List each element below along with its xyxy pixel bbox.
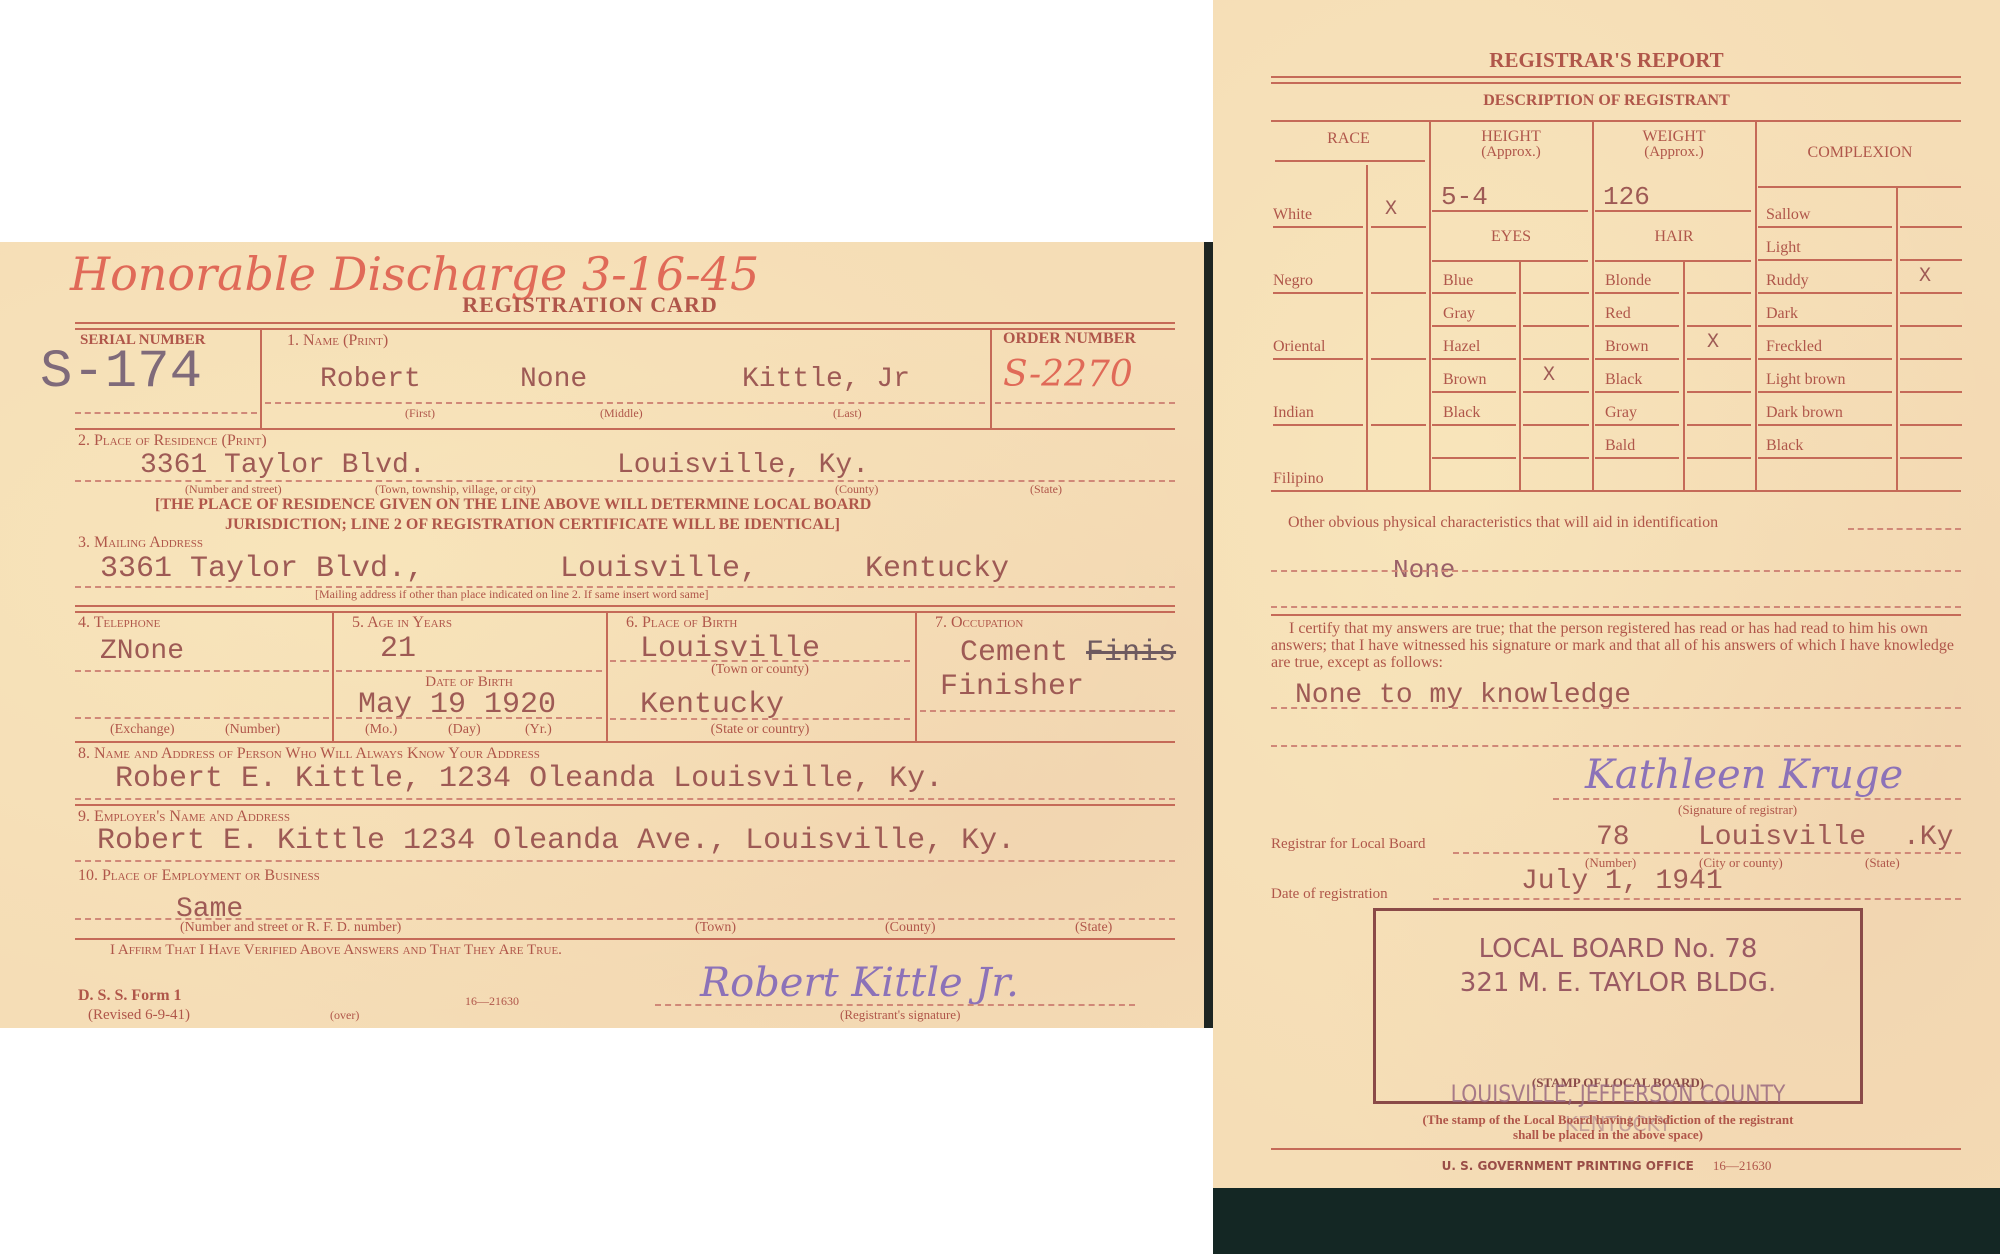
- middle-caption: (Middle): [600, 406, 643, 421]
- divider: [1523, 457, 1589, 459]
- printer-code: 16—21630: [1713, 1158, 1772, 1173]
- serial-number-value: S-174: [40, 342, 202, 403]
- residence-notice-1: [THE PLACE OF RESIDENCE GIVEN ON THE LIN…: [155, 496, 871, 514]
- employment-caption-state: (State): [1075, 920, 1112, 936]
- hair-option-gray: Gray: [1605, 404, 1637, 422]
- background-surface: [1213, 1188, 2000, 1254]
- divider: [1273, 292, 1363, 294]
- divider: [1273, 424, 1363, 426]
- divider: [1900, 424, 1962, 426]
- underline: [1553, 798, 1961, 800]
- exchange-caption: (Exchange): [110, 722, 175, 738]
- divider: [1271, 1148, 1961, 1150]
- divider: [1523, 358, 1589, 360]
- eyes-brown-mark: X: [1543, 364, 1555, 387]
- divider: [1595, 457, 1679, 459]
- divider: [1758, 391, 1892, 393]
- stamp-note-1: (The stamp of the Local Board having jur…: [1313, 1112, 1903, 1128]
- month-caption: (Mo.): [365, 722, 397, 738]
- divider: [1432, 391, 1516, 393]
- complexion-option-ruddy: Ruddy: [1766, 272, 1809, 290]
- eyes-option-hazel: Hazel: [1443, 338, 1480, 356]
- form-name: D. S. S. Form 1: [78, 987, 182, 1005]
- underline: [920, 710, 1175, 712]
- divider: [260, 328, 262, 428]
- caption-county: (County): [835, 482, 878, 497]
- residence-label: 2. Place of Residence (Print): [78, 432, 267, 450]
- divider: [75, 605, 1175, 613]
- employment-caption-street: (Number and street or R. F. D. number): [180, 920, 401, 936]
- divider: [1900, 457, 1962, 459]
- divider: [1273, 226, 1363, 228]
- registrar-signature: Kathleen Kruge: [1585, 752, 1903, 798]
- card-title: REGISTRATION CARD: [380, 292, 800, 318]
- order-number-label: ORDER NUMBER: [1003, 330, 1136, 348]
- occupation-struck: Finis: [1086, 636, 1176, 670]
- divider: [1758, 457, 1892, 459]
- hair-option-brown: Brown: [1605, 338, 1649, 356]
- divider: [1432, 292, 1516, 294]
- divider: [1900, 226, 1962, 228]
- residence-notice-2: JURISDICTION; LINE 2 OF REGISTRATION CER…: [225, 516, 840, 534]
- divider: [1896, 188, 1898, 490]
- birth-state: Kentucky: [640, 688, 784, 722]
- divider: [1271, 490, 1961, 492]
- divider: [1592, 122, 1594, 490]
- underline: [1271, 745, 1961, 747]
- employment-caption-town: (Town): [695, 920, 736, 936]
- underline: [75, 412, 257, 414]
- registrars-report-card: REGISTRAR'S REPORT DESCRIPTION OF REGIST…: [1213, 0, 2000, 1188]
- divider: [1523, 424, 1589, 426]
- divider: [1432, 260, 1588, 262]
- divider: [1900, 391, 1962, 393]
- divider: [1523, 292, 1589, 294]
- underline: [336, 670, 602, 672]
- divider: [1683, 262, 1685, 490]
- complexion-ruddy-mark: X: [1919, 265, 1931, 288]
- stamp-line1: LOCAL BOARD No. 78: [1373, 934, 1863, 964]
- complexion-option-dark-brown: Dark brown: [1766, 404, 1843, 422]
- race-white-mark: X: [1385, 198, 1397, 221]
- divider: [1371, 226, 1426, 228]
- underline: [655, 1004, 1135, 1006]
- hair-brown-mark: X: [1707, 331, 1719, 354]
- underline: [1271, 707, 1961, 709]
- underline: [995, 402, 1175, 404]
- divider: [75, 938, 1175, 940]
- local-board-label: Registrar for Local Board: [1271, 836, 1426, 853]
- divider: [1755, 122, 1757, 490]
- eyes-option-brown: Brown: [1443, 371, 1487, 389]
- divider: [1900, 358, 1962, 360]
- divider: [606, 611, 608, 741]
- residence-street: 3361 Taylor Blvd.: [140, 450, 426, 481]
- middle-name: None: [520, 364, 587, 395]
- mailing-city: Louisville,: [560, 552, 758, 586]
- occupation-label: 7. Occupation: [935, 614, 1023, 632]
- race-option-white: White: [1273, 206, 1312, 224]
- local-board-city: Louisville: [1698, 822, 1866, 853]
- divider: [1371, 292, 1426, 294]
- eyes-option-blue: Blue: [1443, 272, 1473, 290]
- complexion-option-light: Light: [1766, 239, 1801, 257]
- local-board-state: .Ky: [1903, 822, 1953, 853]
- divider: [1758, 358, 1892, 360]
- eyes-option-gray: Gray: [1443, 305, 1475, 323]
- race-header: RACE: [1271, 130, 1426, 148]
- height-value: 5-4: [1441, 182, 1488, 212]
- divider: [1900, 292, 1962, 294]
- divider: [1900, 325, 1962, 327]
- printer-footer: U. S. GOVERNMENT PRINTING OFFICE 16—2163…: [1213, 1158, 2000, 1174]
- divider: [1900, 259, 1962, 261]
- underline: [75, 717, 329, 719]
- underline: [1271, 606, 1961, 608]
- contact-person-label: 8. Name and Address of Person Who Will A…: [78, 745, 540, 763]
- certification-text: I certify that my answers are true; that…: [1271, 620, 1961, 671]
- divider: [1271, 120, 1961, 122]
- stamp-line3: LOUISVILLE, JEFFERSON COUNTY: [1410, 1080, 1827, 1108]
- contact-person-value: Robert E. Kittle, 1234 Oleanda Louisvill…: [115, 762, 943, 796]
- complexion-header: COMPLEXION: [1757, 144, 1963, 162]
- height-sub: (Approx.): [1431, 144, 1591, 161]
- divider: [1271, 76, 1961, 84]
- underline: [1453, 852, 1961, 854]
- divider: [1519, 262, 1521, 490]
- divider: [75, 322, 1175, 330]
- divider: [1371, 424, 1426, 426]
- divider: [1758, 186, 1961, 188]
- printer-name: U. S. GOVERNMENT PRINTING OFFICE: [1442, 1159, 1694, 1173]
- underline: [265, 402, 985, 404]
- underline: [1433, 898, 1961, 900]
- divider: [1758, 325, 1892, 327]
- other-characteristics-label: Other obvious physical characteristics t…: [1288, 514, 1718, 532]
- mailing-address-label: 3. Mailing Address: [78, 534, 203, 552]
- divider: [1595, 292, 1679, 294]
- underline: [610, 718, 910, 720]
- complexion-option-freckled: Freckled: [1766, 338, 1822, 356]
- place-of-birth-label: 6. Place of Birth: [626, 614, 737, 632]
- residence-city-state: Louisville, Ky.: [617, 450, 869, 481]
- mailing-state: Kentucky: [865, 552, 1009, 586]
- registration-date-label: Date of registration: [1271, 886, 1388, 903]
- last-name: Kittle, Jr: [742, 364, 910, 395]
- hair-header: HAIR: [1594, 228, 1754, 246]
- divider: [332, 611, 334, 741]
- mailing-caption: [Mailing address if other than place ind…: [315, 587, 709, 602]
- number-caption: (Number): [225, 722, 280, 738]
- registration-card: Honorable Discharge 3-16-45 REGISTRATION…: [0, 242, 1214, 1028]
- first-name: Robert: [320, 364, 421, 395]
- first-caption: (First): [405, 406, 435, 421]
- name-label: 1. Name (Print): [287, 332, 388, 350]
- divider: [1523, 391, 1589, 393]
- divider: [1432, 424, 1516, 426]
- complexion-option-black: Black: [1766, 437, 1803, 455]
- race-option-oriental: Oriental: [1273, 338, 1325, 356]
- local-board-number: 78: [1596, 822, 1630, 853]
- caption-state: (State): [1030, 482, 1062, 497]
- divider: [1758, 424, 1892, 426]
- divider: [1371, 358, 1426, 360]
- divider: [1595, 260, 1751, 262]
- hair-option-black: Black: [1605, 371, 1642, 389]
- caption-town: (Town, township, village, or city): [375, 482, 536, 497]
- divider: [1687, 457, 1751, 459]
- employment-caption-county: (County): [885, 920, 936, 936]
- race-option-indian: Indian: [1273, 404, 1314, 422]
- occupation-line1: Cement Finis: [960, 636, 1176, 670]
- underline: [1848, 528, 1961, 530]
- report-title: REGISTRAR'S REPORT: [1213, 48, 2000, 73]
- divider: [1523, 325, 1589, 327]
- age-label: 5. Age in Years: [352, 614, 452, 632]
- divider: [1758, 226, 1892, 228]
- divider: [75, 741, 1175, 743]
- employment-place-label: 10. Place of Employment or Business: [78, 867, 320, 885]
- divider: [1273, 358, 1363, 360]
- mailing-street: 3361 Taylor Blvd.,: [100, 552, 424, 586]
- form-revised: (Revised 6-9-41): [88, 1007, 190, 1024]
- divider: [1595, 358, 1679, 360]
- registration-date-value: July 1, 1941: [1521, 866, 1723, 897]
- race-option-negro: Negro: [1273, 272, 1313, 290]
- caption-street: (Number and street): [185, 482, 282, 497]
- divider: [1275, 160, 1425, 162]
- hair-option-bald: Bald: [1605, 437, 1635, 455]
- birth-state-caption: (State or country): [610, 722, 910, 738]
- divider: [1758, 292, 1892, 294]
- complexion-option-sallow: Sallow: [1766, 206, 1810, 224]
- divider: [1595, 424, 1679, 426]
- divider: [1687, 358, 1751, 360]
- divider: [1271, 614, 1961, 616]
- weight-sub: (Approx.): [1594, 144, 1754, 161]
- occupation-line2: Finisher: [940, 670, 1084, 704]
- underline: [75, 860, 1175, 862]
- divider: [1595, 325, 1679, 327]
- stamp-note-2: shall be placed in the above space): [1313, 1127, 1903, 1143]
- local-board-state-caption: (State): [1865, 855, 1900, 871]
- hair-option-blonde: Blonde: [1605, 272, 1651, 290]
- telephone-label: 4. Telephone: [78, 614, 160, 632]
- divider: [915, 611, 917, 741]
- eyes-header: EYES: [1431, 228, 1591, 246]
- birth-town-caption: (Town or county): [610, 662, 910, 678]
- divider: [990, 328, 992, 428]
- underline: [75, 798, 1175, 800]
- registrant-signature: Robert Kittle Jr.: [700, 960, 1019, 1006]
- underline: [75, 670, 329, 672]
- last-caption: (Last): [833, 406, 862, 421]
- divider: [1429, 122, 1431, 490]
- affirmation-text: I Affirm That I Have Verified Above Answ…: [110, 942, 562, 959]
- divider: [75, 428, 1175, 430]
- registrar-signature-caption: (Signature of registrar): [1678, 802, 1797, 818]
- employer-value: Robert E. Kittle 1234 Oleanda Ave., Loui…: [97, 824, 1015, 858]
- divider: [75, 804, 1175, 806]
- over-note: (over): [330, 1008, 359, 1023]
- age-value: 21: [380, 632, 416, 666]
- divider: [1758, 259, 1892, 261]
- divider: [1366, 165, 1368, 490]
- year-caption: (Yr.): [525, 722, 552, 738]
- complexion-option-dark: Dark: [1766, 305, 1798, 323]
- weight-value: 126: [1603, 182, 1650, 212]
- stamp-line2: 321 M. E. TAYLOR BLDG.: [1373, 968, 1863, 998]
- race-option-filipino: Filipino: [1273, 470, 1324, 488]
- print-code: 16—21630: [465, 994, 519, 1009]
- divider: [1595, 210, 1751, 212]
- divider: [1432, 210, 1588, 212]
- divider: [1687, 424, 1751, 426]
- order-number-value: S-2270: [1003, 354, 1133, 395]
- underline: [1271, 570, 1961, 572]
- divider: [1687, 325, 1751, 327]
- divider: [1687, 391, 1751, 393]
- divider: [1432, 457, 1516, 459]
- report-subtitle: DESCRIPTION OF REGISTRANT: [1213, 92, 2000, 110]
- divider: [1432, 358, 1516, 360]
- divider: [1595, 391, 1679, 393]
- eyes-option-black: Black: [1443, 404, 1480, 422]
- occupation-word: Cement: [960, 636, 1068, 670]
- hair-option-red: Red: [1605, 305, 1631, 323]
- telephone-value: ZNone: [100, 636, 184, 667]
- day-caption: (Day): [448, 722, 481, 738]
- divider: [1432, 325, 1516, 327]
- complexion-option-light-brown: Light brown: [1766, 371, 1846, 389]
- divider: [1687, 292, 1751, 294]
- signature-caption: (Registrant's signature): [840, 1007, 960, 1023]
- underline: [336, 717, 602, 719]
